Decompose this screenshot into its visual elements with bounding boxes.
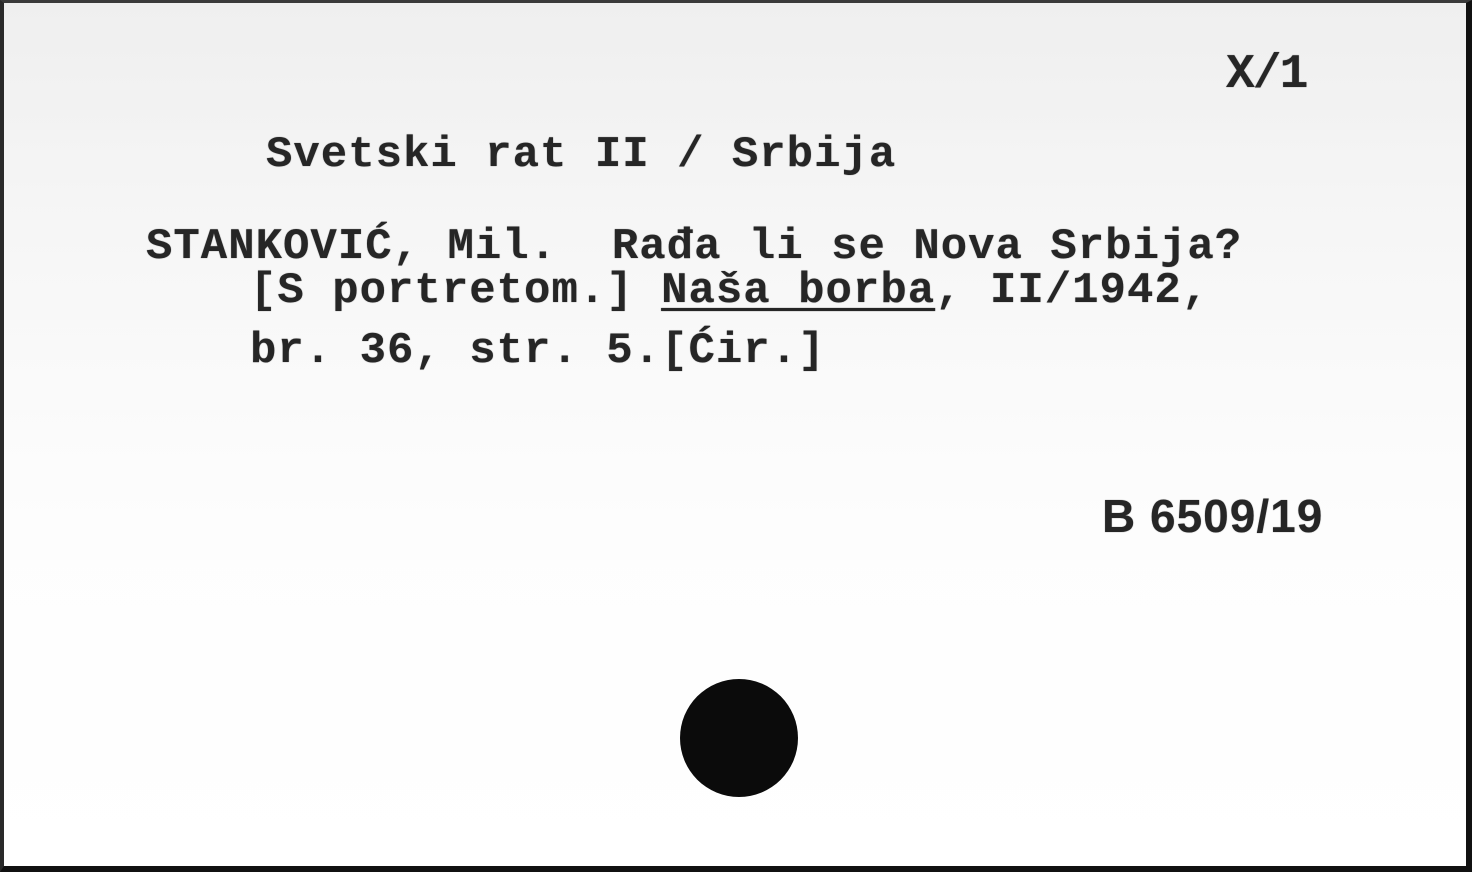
- source-date: II/1942,: [990, 266, 1209, 316]
- shelfmark: B 6509/19: [1102, 493, 1323, 539]
- author: STANKOVIĆ, Mil.: [146, 222, 557, 272]
- classification-code: X/1: [1226, 51, 1306, 99]
- entry-line-2: [S portretom.] Naša borba, II/1942,: [250, 269, 1209, 313]
- article-title: Rađa li se Nova Srbija?: [612, 222, 1242, 272]
- subject-heading: Svetski rat II / Srbija: [266, 133, 896, 177]
- script-note: [Ćir.]: [661, 326, 825, 376]
- punch-hole: [680, 679, 798, 797]
- issue-pages: br. 36, str. 5.: [250, 326, 661, 376]
- entry-line-1: STANKOVIĆ, Mil. Rađa li se Nova Srbija?: [146, 225, 1242, 269]
- entry-line-3: br. 36, str. 5.[Ćir.]: [250, 329, 826, 373]
- catalog-card: X/1 Svetski rat II / Srbija STANKOVIĆ, M…: [0, 0, 1472, 872]
- source-title: Naša borba: [661, 266, 935, 316]
- portrait-note: [S portretom.]: [250, 266, 634, 316]
